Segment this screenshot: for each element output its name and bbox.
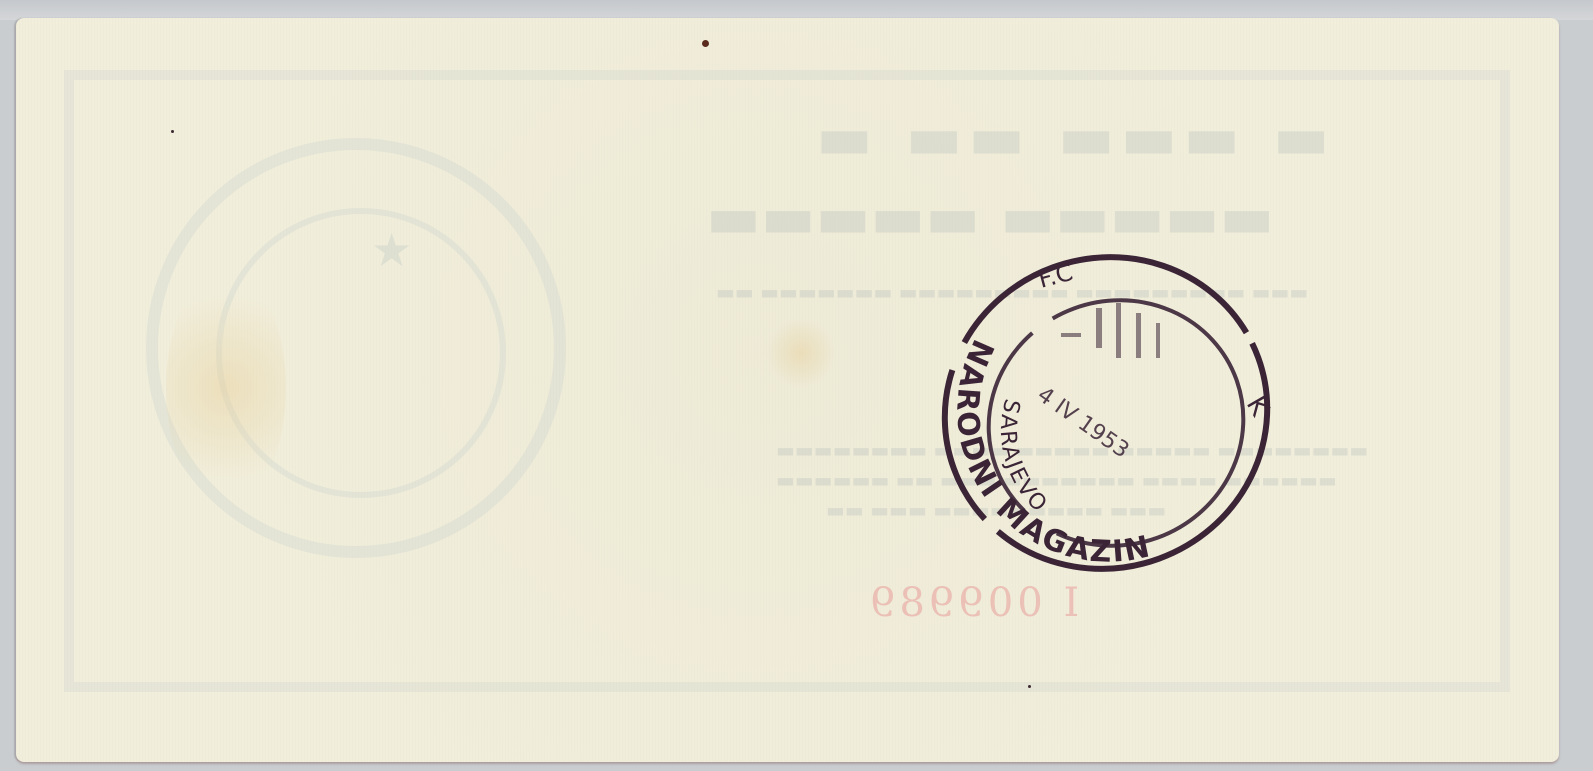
stain xyxy=(766,318,836,388)
faded-heading: ▬ ▬▬ ▬▬▬ ▬ xyxy=(816,103,1336,173)
faded-star-icon: ★ xyxy=(371,223,412,277)
speck xyxy=(1028,685,1031,688)
scan-background xyxy=(0,0,1593,20)
speck xyxy=(171,130,174,133)
stain xyxy=(166,268,286,508)
svg-text:F.C: F.C xyxy=(1035,258,1075,294)
rubber-stamp: NARODNI MAGAZIN SARAJEVO F.C 4 IV 1953 K xyxy=(921,228,1281,588)
stamp-graphic: NARODNI MAGAZIN SARAJEVO F.C 4 IV 1953 K xyxy=(921,228,1281,588)
pin-hole xyxy=(702,40,709,47)
svg-text:4 IV 1953: 4 IV 1953 xyxy=(1033,382,1134,463)
banknote: ★ ▬ ▬▬ ▬▬▬ ▬ ▬▬▬▬▬ ▬▬▬▬▬ ▬▬ ▬▬▬▬▬▬▬ ▬▬▬▬… xyxy=(16,18,1559,762)
